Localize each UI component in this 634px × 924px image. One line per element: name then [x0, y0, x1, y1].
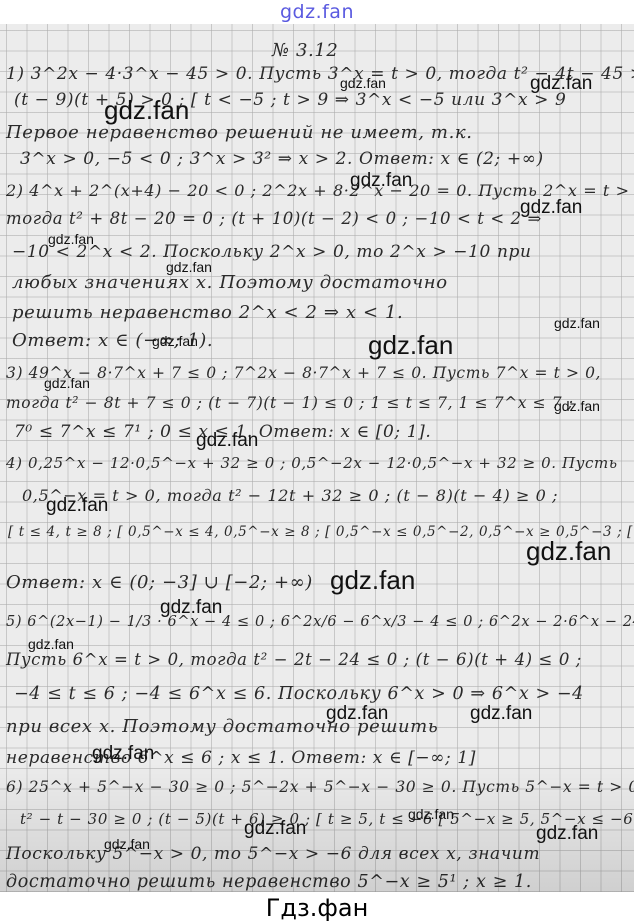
- watermark: gdz.fan: [330, 565, 415, 596]
- solution-line: 5) 6^(2x−1) − 1/3 · 6^x − 4 ≤ 0 ; 6^2x/6…: [6, 614, 634, 630]
- watermark: gdz.fan: [554, 398, 600, 414]
- watermark: gdz.fan: [408, 806, 454, 822]
- watermark: gdz.fan: [160, 597, 222, 619]
- watermark: gdz.fan: [196, 430, 258, 452]
- footer-watermark: Гдз.фан: [0, 892, 634, 924]
- solution-line: Первое неравенство решений не имеет, т.к…: [6, 122, 473, 143]
- watermark: gdz.fan: [368, 330, 453, 361]
- watermark: gdz.fan: [470, 703, 532, 725]
- solution-line: неравенство 6^x ≤ 6 ; x ≤ 1. Ответ: x ∈ …: [6, 748, 476, 768]
- solution-line: −4 ≤ t ≤ 6 ; −4 ≤ 6^x ≤ 6. Поскольку 6^x…: [14, 684, 584, 704]
- watermark: gdz.fan: [166, 259, 212, 275]
- watermark: gdz.fan: [48, 231, 94, 247]
- watermark: gdz.fan: [554, 315, 600, 331]
- watermark: gdz.fan: [46, 495, 108, 517]
- watermark: gdz.fan: [152, 333, 198, 349]
- solution-line: решить неравенство 2^x < 2 ⇒ x < 1.: [12, 302, 403, 323]
- watermark: gdz.fan: [520, 197, 582, 219]
- solution-line: 3^x > 0, −5 < 0 ; 3^x > 3² ⇒ x > 2. Отве…: [20, 149, 544, 169]
- watermark: gdz.fan: [536, 823, 598, 845]
- watermark: gdz.fan: [350, 170, 412, 192]
- solution-line: Ответ: x ∈ (0; −3] ∪ [−2; +∞): [6, 572, 313, 593]
- watermark: gdz.fan: [244, 818, 306, 840]
- watermark: gdz.fan: [28, 636, 74, 652]
- watermark: gdz.fan: [340, 75, 386, 91]
- solution-line: тогда t² − 8t + 7 ≤ 0 ; (t − 7)(t − 1) ≤…: [6, 394, 574, 412]
- solution-line: 3) 49^x − 8·7^x + 7 ≤ 0 ; 7^2x − 8·7^x +…: [6, 364, 601, 382]
- header-watermark: gdz.fan: [0, 0, 634, 24]
- watermark: gdz.fan: [530, 73, 592, 95]
- problem-number: № 3.12: [272, 40, 338, 61]
- solution-line: 6) 25^x + 5^−x − 30 ≥ 0 ; 5^−2x + 5^−x −…: [6, 778, 634, 796]
- watermark: gdz.fan: [326, 703, 388, 725]
- solution-line: Пусть 6^x = t > 0, тогда t² − 2t − 24 ≤ …: [6, 650, 582, 669]
- watermark: gdz.fan: [104, 836, 150, 852]
- watermark: gdz.fan: [526, 536, 611, 567]
- solution-line: тогда t² + 8t − 20 = 0 ; (t + 10)(t − 2)…: [6, 209, 542, 228]
- watermark: gdz.fan: [92, 743, 154, 765]
- solution-line: Поскольку 5^−x > 0, то 5^−x > −6 для все…: [6, 844, 540, 864]
- solution-line: (t − 9)(t + 5) > 0 ; [ t < −5 ; t > 9 ⇒ …: [14, 90, 566, 110]
- watermark: gdz.fan: [104, 95, 189, 126]
- solution-line: достаточно решить неравенство 5^−x ≥ 5¹ …: [6, 872, 532, 892]
- solution-line: любых значениях x. Поэтому достаточно: [12, 272, 448, 293]
- watermark: gdz.fan: [44, 375, 90, 391]
- solution-line: 4) 0,25^x − 12·0,5^−x + 32 ≥ 0 ; 0,5^−2x…: [6, 454, 618, 472]
